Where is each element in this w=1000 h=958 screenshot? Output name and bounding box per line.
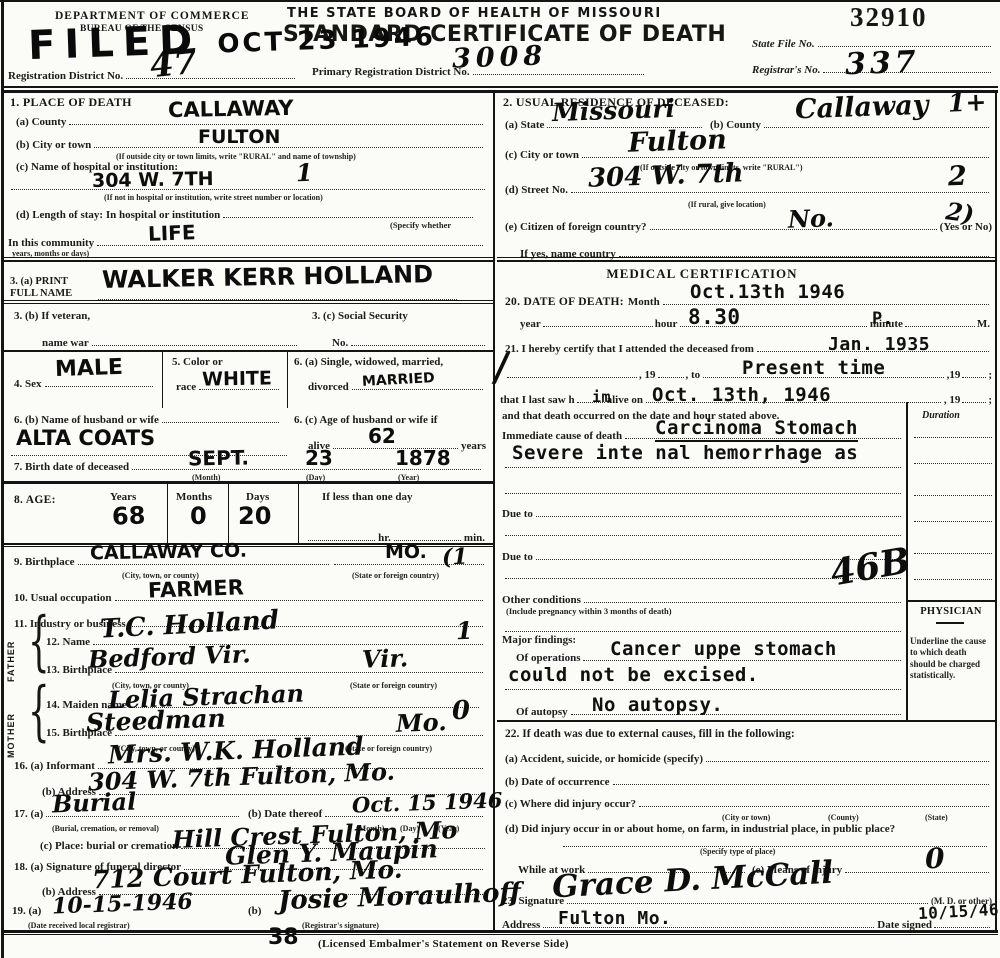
dotted-line <box>914 460 992 464</box>
residence-street-value: 304 W. 7th <box>588 158 745 193</box>
full-name-label: 3. (a) PRINT FULL NAME <box>10 276 72 300</box>
filed-stamp-word: FILED <box>27 17 202 69</box>
operations-fill <box>502 686 904 690</box>
physician-address-value: Fulton Mo. <box>558 908 671 929</box>
due-to-row-1: Due to <box>502 508 904 520</box>
birth-month-value: SEPT. <box>188 445 249 470</box>
city-value: FULTON <box>198 126 280 148</box>
city-note: (If outside city or town limits, write "… <box>116 152 356 161</box>
occupation-row: 10. Usual occupation <box>14 592 486 604</box>
attended-label: 21. I hereby certify that I attended the… <box>505 343 754 355</box>
dotted-line <box>962 374 986 378</box>
mid-19a: , 19 <box>639 369 656 381</box>
date-of-death-month-label: Month <box>628 296 660 308</box>
other-conditions-mark: 46B <box>827 539 914 594</box>
marital-label-2: divorced <box>308 381 349 393</box>
spouse-age-suffix: years <box>461 440 486 452</box>
mother-birthplace-state: Mo. <box>396 707 447 738</box>
dotted-line <box>914 576 992 580</box>
father-name-label: 12. Name <box>46 636 90 648</box>
age-heading: 8. AGE: <box>14 494 56 506</box>
cell-divider <box>162 350 163 408</box>
mother-birthplace-value: Steedman <box>86 704 227 738</box>
due-to-label-1: Due to <box>502 508 533 520</box>
mother-brace: { <box>28 674 50 750</box>
cause-fill <box>502 464 904 468</box>
state-file-label: State File No. <box>752 38 815 50</box>
dotted-line <box>543 323 653 327</box>
duration-label: Duration <box>922 410 960 421</box>
attended-from-value: Jan. 1935 <box>828 334 930 355</box>
external-a-label: (a) Accident, suicide, or homicide (spec… <box>505 753 703 765</box>
hour-value: 8.30 <box>688 305 741 329</box>
mid-to: , to <box>686 369 701 381</box>
border-left <box>1 0 4 958</box>
county-value: CALLAWAY <box>168 96 294 122</box>
embalmer-footer: (Licensed Embalmer's Statement on Revers… <box>318 938 569 950</box>
hour-row: yearhourminuteM. <box>520 318 990 330</box>
place-of-death-heading: 1. PLACE OF DEATH <box>10 95 132 110</box>
rule-h <box>497 257 996 258</box>
death-certificate-scan: DEPARTMENT OF COMMERCE BUREAU OF THE CEN… <box>0 0 1000 958</box>
residence-state-label: (a) State <box>505 119 544 131</box>
cell-divider <box>298 484 299 543</box>
last-saw-semi: ; <box>988 394 992 406</box>
residence-citizen-label: (e) Citizen of foreign country? <box>505 221 647 233</box>
ssn-no-row: No. <box>332 337 488 349</box>
dotted-line <box>94 144 483 148</box>
rule-h <box>2 257 493 258</box>
external-b-label: (b) Date of occurrence <box>505 776 610 788</box>
registrar-page-mark: 38 <box>268 925 299 950</box>
last-saw-him-value: im <box>592 388 611 406</box>
community-row: In this community <box>8 237 486 249</box>
cell-divider <box>287 350 288 408</box>
rule-h <box>2 350 493 352</box>
m-label: M. <box>977 318 990 330</box>
race-label-2: race <box>176 381 196 393</box>
full-name-value: WALKER KERR HOLLAND <box>102 260 434 294</box>
stay-label: (d) Length of stay: In hospital or insti… <box>16 209 220 221</box>
spouse-age-value: 62 <box>368 424 396 448</box>
spouse-row: 6. (b) Name of husband or wife <box>14 414 282 426</box>
dotted-line <box>308 537 375 541</box>
dotted-line <box>962 399 986 403</box>
physician-sidebar-label: PHYSICIAN <box>908 606 994 617</box>
cell-divider <box>228 484 229 543</box>
place-type-note: (Specify type of place) <box>700 847 775 856</box>
due-to-label-2: Due to <box>502 551 533 563</box>
mid-19c: , 19 <box>944 394 961 406</box>
residence-city-row: (c) City or town <box>505 149 992 161</box>
occupation-value: FARMER <box>148 575 245 602</box>
rule-h <box>497 720 996 722</box>
external-b-row: (b) Date of occurrence <box>505 776 992 788</box>
residence-city-value: Fulton <box>627 124 727 158</box>
rule-h <box>497 260 996 262</box>
reg-district-label: Registration District No. <box>8 70 123 82</box>
county-label: (a) County <box>16 116 66 128</box>
residence-city-label: (c) City or town <box>505 149 579 161</box>
full-name-label-1: 3. (a) PRINT <box>10 276 72 288</box>
serial-number: 32910 <box>850 2 928 33</box>
dotted-line <box>11 186 485 190</box>
dotted-line <box>505 686 901 690</box>
primary-district-label: Primary Registration District No. <box>312 66 470 78</box>
birth-year-value: 1878 <box>395 446 451 470</box>
border-top <box>0 0 1000 2</box>
mother-side-label: MOTHER <box>6 713 16 758</box>
last-saw-label-2: alive on <box>607 394 643 406</box>
residence-citizen-value: No. <box>788 203 835 234</box>
dotted-line <box>505 628 901 632</box>
cell-divider <box>167 484 168 543</box>
major-findings-label: Major findings: <box>502 634 576 646</box>
birthplace-state-value: MO. <box>385 541 427 563</box>
hospital-mark: 1 <box>295 158 313 188</box>
residence-street-mark: 2 <box>947 161 967 193</box>
rule-h <box>2 481 493 484</box>
dotted-line <box>934 924 990 928</box>
slash-mark: / <box>493 344 508 389</box>
disposal-date-label: (b) Date thereof <box>248 808 322 820</box>
autopsy-value: No autopsy. <box>592 694 723 716</box>
dotted-line <box>505 490 901 494</box>
last-saw-date-value: Oct. 13th, 1946 <box>652 384 831 406</box>
border-right <box>995 90 997 933</box>
attended-to-value: Present time <box>742 357 885 379</box>
father-bp-note-2: (State or foreign country) <box>350 681 437 690</box>
birthplace-mark: (1 <box>442 544 469 571</box>
external-c-note-2: (County) <box>828 813 859 822</box>
dotted-line <box>69 121 483 125</box>
dotted-line <box>45 383 154 387</box>
birthplace-value: CALLAWAY CO. <box>90 540 247 565</box>
immediate-cause-value: Carcinoma Stomach <box>655 417 858 442</box>
occupation-label: 10. Usual occupation <box>14 592 112 604</box>
city-label: (b) City or town <box>16 139 91 151</box>
immediate-cause-label: Immediate cause of death <box>502 430 622 442</box>
dotted-line <box>223 214 473 218</box>
due-fill <box>502 532 904 536</box>
mother-birthplace-mark: 0 <box>451 696 470 727</box>
residence-citizen-mark: 2) <box>944 196 976 229</box>
disposal-date-value: Oct. 15 1946 <box>352 787 503 817</box>
operations-value-2: could not be excised. <box>508 664 759 686</box>
means-of-injury-mark: 0 <box>924 842 945 876</box>
father-brace: { <box>28 604 50 680</box>
spouse-value: ALTA COATS <box>16 426 155 450</box>
date-of-death-label: 20. DATE OF DEATH: <box>505 296 624 308</box>
birth-date-label: 7. Birth date of deceased <box>14 461 129 473</box>
registrar-date-note: (Date received local registrar) <box>28 921 130 930</box>
stay-note: (Specify whether <box>390 220 451 230</box>
ampm-value: P. <box>872 309 893 329</box>
residence-county-value: Callaway <box>794 90 928 126</box>
external-c-row: (c) Where did injury occur? <box>505 798 992 810</box>
hour-label: hour <box>655 318 678 330</box>
dotted-line <box>505 464 901 468</box>
father-name-mark: 1 <box>455 616 473 646</box>
age-months-value: 0 <box>190 502 207 530</box>
full-name-label-2: FULL NAME <box>10 288 72 300</box>
dotted-line <box>905 323 975 327</box>
other-conditions-label: Other conditions <box>502 594 581 606</box>
race-value: WHITE <box>202 367 272 390</box>
last-saw-label-1: that I last saw h <box>500 394 575 406</box>
dotted-line <box>914 518 992 522</box>
primary-district-value: 3008 <box>451 40 547 74</box>
veteran-label: 3. (b) If veteran, <box>14 310 90 322</box>
operations-value: Cancer uppe stomach <box>610 638 837 660</box>
major-fill <box>502 628 904 632</box>
residence-country-row: If yes, name country <box>520 248 992 260</box>
race-label-1: 5. Color or <box>172 356 223 368</box>
rule-h <box>936 622 964 624</box>
other-conditions-row: Other conditions <box>502 594 904 606</box>
dotted-line <box>351 342 485 346</box>
dotted-line <box>658 374 684 378</box>
residence-street-label: (d) Street No. <box>505 184 568 196</box>
rule-h <box>2 934 998 935</box>
cause-fill <box>502 490 904 494</box>
father-side-label: FATHER <box>6 641 16 682</box>
dotted-line <box>914 434 992 438</box>
rule-h <box>906 600 996 602</box>
sex-value: MALE <box>55 355 124 382</box>
dotted-line <box>507 374 637 378</box>
dotted-line <box>914 492 992 496</box>
dotted-line <box>505 532 901 536</box>
birth-day-value: 23 <box>305 446 333 470</box>
mid-semi: ; <box>988 369 992 381</box>
hospital-fill-line <box>8 186 488 190</box>
dotted-line <box>162 419 279 423</box>
dotted-line <box>639 803 989 807</box>
veteran-war-label: name war <box>42 337 89 349</box>
disposal-label: 17. (a) <box>14 808 43 820</box>
immediate-cause-value-2: Severe inte nal hemorrhage as <box>512 442 858 464</box>
mid-19b: ,19 <box>947 369 961 381</box>
registrars-no-value: 337 <box>844 45 920 83</box>
registrar-label: 19. (a) <box>12 905 41 917</box>
veteran-war-row: name war <box>42 337 300 349</box>
dotted-line <box>706 758 989 762</box>
other-conditions-note: (Include pregnancy within 3 months of de… <box>506 606 672 616</box>
disposal-value: Burial <box>52 787 137 819</box>
dotted-line <box>536 513 901 517</box>
residence-state-value: Missouri <box>552 94 676 127</box>
dotted-line <box>584 599 901 603</box>
community-label: In this community <box>8 237 94 249</box>
autopsy-label: Of autopsy <box>516 706 568 718</box>
age-days-value: 20 <box>238 502 271 530</box>
dotted-line <box>914 550 992 554</box>
dotted-line <box>613 781 989 785</box>
father-birthplace-state: Vir. <box>362 643 409 674</box>
external-c-label: (c) Where did injury occur? <box>505 798 636 810</box>
spouse-age-label-1: 6. (c) Age of husband or wife if <box>294 414 437 426</box>
birthplace-note-2: (State or foreign country) <box>352 571 439 580</box>
rule-h <box>2 300 493 301</box>
external-c-note-1: (City or town) <box>722 813 770 822</box>
external-d-label: (d) Did injury occur in or about home, o… <box>505 823 895 835</box>
physician-sidebar-note: Underline the cause to which death shoul… <box>910 636 994 681</box>
residence-street-row: (d) Street No. <box>505 184 992 196</box>
sex-label: 4. Sex <box>14 378 42 390</box>
residence-county-mark: 1+ <box>948 87 987 117</box>
rule-h <box>2 930 998 933</box>
age-less-label: If less than one day <box>322 491 412 503</box>
filed-stamp-date: OCT 23 1946 <box>217 22 436 60</box>
residence-street-note: (If rural, give location) <box>688 200 766 209</box>
community-value: LIFE <box>148 220 196 246</box>
spouse-label: 6. (b) Name of husband or wife <box>14 414 159 426</box>
dotted-line <box>845 869 989 873</box>
rule-h <box>2 303 493 304</box>
operations-label: Of operations <box>516 652 580 664</box>
father-birthplace-value: Bedford Vir. <box>88 639 251 674</box>
hospital-note: (If not in hospital or institution, writ… <box>104 193 323 202</box>
registrar-sig-note: (Registrar's signature) <box>302 921 379 930</box>
hospital-value: 304 W. 7TH <box>92 168 214 192</box>
age-years-value: 68 <box>112 501 146 530</box>
birthplace-label: 9. Birthplace <box>14 556 75 568</box>
informant-label: 16. (a) Informant <box>14 760 95 772</box>
registrar-b-label: (b) <box>248 905 261 917</box>
external-c-note-3: (State) <box>925 813 948 822</box>
residence-country-label: If yes, name country <box>520 248 616 260</box>
burial-place-label: (c) Place: burial or cremation <box>40 840 178 852</box>
disposal-note: (Burial, cremation, or removal) <box>52 824 159 833</box>
date-of-death-value: Oct.13th 1946 <box>690 281 845 303</box>
registrars-no-label: Registrar's No. <box>752 64 820 76</box>
external-a-row: (a) Accident, suicide, or homicide (spec… <box>505 753 992 765</box>
year-label: year <box>520 318 541 330</box>
registrar-date-value: 10-15-1946 <box>52 889 194 920</box>
ssn-no-label: No. <box>332 337 348 349</box>
external-heading: 22. If death was due to external causes,… <box>505 728 795 740</box>
ssn-label: 3. (c) Social Security <box>312 310 408 322</box>
residence-citizen-row: (e) Citizen of foreign country?(Yes or N… <box>505 221 992 233</box>
marital-label-1: 6. (a) Single, widowed, married, <box>294 356 443 368</box>
medical-heading: MEDICAL CERTIFICATION <box>497 266 907 282</box>
dotted-line <box>92 342 297 346</box>
